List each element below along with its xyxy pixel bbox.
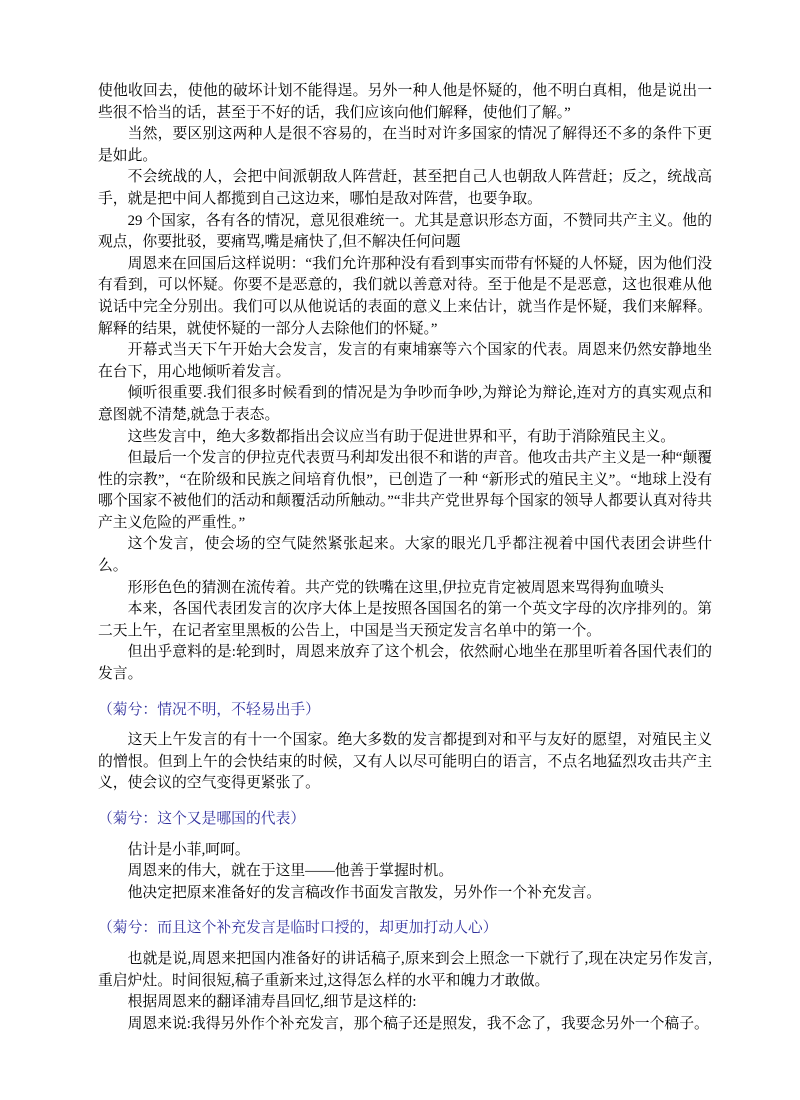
document-page: 使他收回去，使他的破坏计划不能得逞。另外一种人他是怀疑的，他不明白真相，他是说出… xyxy=(0,0,800,1100)
paragraph: 这天上午发言的有十一个国家。绝大多数的发言都提到对和平与友好的愿望，对殖民主义的… xyxy=(98,730,712,795)
paragraph: 根据周恩来的翻译浦寿昌回忆,细节是这样的: xyxy=(98,992,712,1014)
document-text-content: 使他收回去，使他的破坏计划不能得逞。另外一种人他是怀疑的，他不明白真相，他是说出… xyxy=(98,81,712,1035)
paragraph: 周恩来说:我得另外作个补充发言，那个稿子还是照发，我不念了，我要念另外一个稿子。 xyxy=(98,1014,712,1036)
paragraph: 形形色色的猜测在流传着。共产党的铁嘴在这里,伊拉克肯定被周恩来骂得狗血喷头 xyxy=(98,578,712,600)
paragraph: 不会统战的人，会把中间派朝敌人阵营赶，甚至把自己人也朝敌人阵营赶；反之，统战高手… xyxy=(98,167,712,210)
paragraph: 他决定把原来准备好的发言稿改作书面发言散发，另外作一个补充发言。 xyxy=(98,883,712,905)
paragraph: 估计是小菲,呵呵。 xyxy=(98,840,712,862)
paragraph: 当然，要区别这两种人是很不容易的，在当时对许多国家的情况了解得还不多的条件下更是… xyxy=(98,124,712,167)
reader-annotation: （菊兮：而且这个补充发言是临时口授的，却更加打动人心） xyxy=(98,918,712,940)
paragraph: 倾听很重要.我们很多时候看到的情况是为争吵而争吵,为辩论为辩论,连对方的真实观点… xyxy=(98,383,712,426)
paragraph: 周恩来的伟大，就在于这里——他善于掌握时机。 xyxy=(98,861,712,883)
paragraph: 但最后一个发言的伊拉克代表贾马利却发出很不和谐的声音。他攻击共产主义是一种“颠覆… xyxy=(98,448,712,534)
paragraph: 使他收回去，使他的破坏计划不能得逞。另外一种人他是怀疑的，他不明白真相，他是说出… xyxy=(98,81,712,124)
reader-annotation: （菊兮：这个又是哪国的代表） xyxy=(98,809,712,831)
paragraph: 也就是说,周恩来把国内准备好的讲话稿子,原来到会上照念一下就行了,现在决定另作发… xyxy=(98,949,712,992)
paragraph: 这个发言，使会场的空气陡然紧张起来。大家的眼光几乎都注视着中国代表团会讲些什么。 xyxy=(98,534,712,577)
paragraph: 周恩来在回国后这样说明：“我们允许那种没有看到事实而带有怀疑的人怀疑，因为他们没… xyxy=(98,254,712,340)
reader-annotation: （菊兮：情况不明，不轻易出手） xyxy=(98,700,712,722)
paragraph: 29 个国家，各有各的情况，意见很难统一。尤其是意识形态方面，不赞同共产主义。他… xyxy=(98,211,712,254)
paragraph: 本来，各国代表团发言的次序大体上是按照各国国名的第一个英文字母的次序排列的。第二… xyxy=(98,599,712,642)
paragraph: 但出乎意料的是:轮到时，周恩来放弃了这个机会，依然耐心地坐在那里听着各国代表们的… xyxy=(98,642,712,685)
paragraph: 开幕式当天下午开始大会发言，发言的有柬埔寨等六个国家的代表。周恩来仍然安静地坐在… xyxy=(98,340,712,383)
paragraph: 这些发言中，绝大多数都指出会议应当有助于促进世界和平，有助于消除殖民主义。 xyxy=(98,427,712,449)
